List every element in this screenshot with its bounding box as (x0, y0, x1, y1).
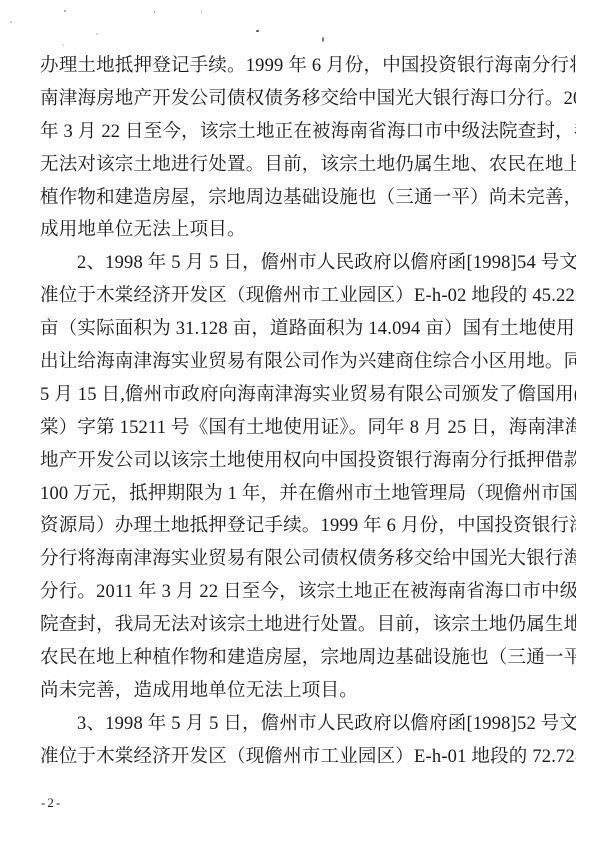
text-line: 分行将海南津海实业贸易有限公司债权债务移交给中国光大银行海口 (40, 543, 576, 576)
scan-speck (322, 37, 324, 42)
text-line: 农民在地上种植作物和建造房屋，宗地周边基础设施也（三通一平） (40, 642, 576, 675)
text-line: 2、1998 年 5 月 5 日，儋州市人民政府以儋府函[1998]54 号文批 (40, 247, 576, 280)
text-line: 棠）字第 15211 号《国有土地使用证》。同年 8 月 25 日，海南津海房 (40, 412, 576, 445)
scan-speck (154, 11, 155, 13)
text-line: 亩（实际面积为 31.128 亩，道路面积为 14.094 亩）国有土地使用权 (40, 313, 576, 346)
scan-speck (62, 44, 64, 46)
text-line: 准位于木棠经济开发区（现儋州市工业园区）E-h-02 地段的 45.222 (40, 280, 576, 313)
text-line: 100 万元，抵押期限为 1 年，并在儋州市土地管理局（现儋州市国土 (40, 478, 576, 511)
document-page: 办理土地抵押登记手续。1999 年 6 月份，中国投资银行海南分行将海 南津海房… (0, 0, 606, 841)
page-number: -2- (41, 795, 62, 811)
scan-speck (256, 30, 259, 32)
text-line: 3、1998 年 5 月 5 日，儋州市人民政府以儋府函[1998]52 号文批 (40, 708, 576, 741)
text-line: 地产开发公司以该宗土地使用权向中国投资银行海南分行抵押借款 (40, 445, 576, 478)
document-text-block: 办理土地抵押登记手续。1999 年 6 月份，中国投资银行海南分行将海 南津海房… (40, 50, 576, 774)
scan-speck (201, 10, 202, 13)
text-line: 无法对该宗土地进行处置。目前，该宗土地仍属生地、农民在地上种 (40, 149, 576, 182)
text-line: 成用地单位无法上项目。 (40, 214, 576, 247)
scan-speck (64, 10, 66, 12)
text-line: 植作物和建造房屋，宗地周边基础设施也（三通一平）尚未完善，造 (40, 182, 576, 215)
text-line: 办理土地抵押登记手续。1999 年 6 月份，中国投资银行海南分行将海 (40, 50, 576, 83)
text-line: 南津海房地产开发公司债权债务移交给中国光大银行海口分行。2011 (40, 83, 576, 116)
text-line: 5 月 15 日,儋州市政府向海南津海实业贸易有限公司颁发了儋国用(木 (40, 379, 576, 412)
text-line: 分行。2011 年 3 月 22 日至今，该宗土地正在被海南省海口市中级法 (40, 576, 576, 609)
scan-speck (96, 33, 98, 35)
text-line: 准位于木棠经济开发区（现儋州市工业园区）E-h-01 地段的 72.728 (40, 741, 576, 774)
text-line: 资源局）办理土地抵押登记手续。1999 年 6 月份，中国投资银行海南 (40, 510, 576, 543)
text-line: 年 3 月 22 日至今，该宗土地正在被海南省海口市中级法院查封，我局 (40, 116, 576, 149)
text-line: 出让给海南津海实业贸易有限公司作为兴建商住综合小区用地。同年 (40, 346, 576, 379)
text-line: 院查封，我局无法对该宗土地进行处置。目前，该宗土地仍属生地， (40, 609, 576, 642)
text-line: 尚未完善，造成用地单位无法上项目。 (40, 675, 576, 708)
scan-speck (10, 21, 12, 23)
